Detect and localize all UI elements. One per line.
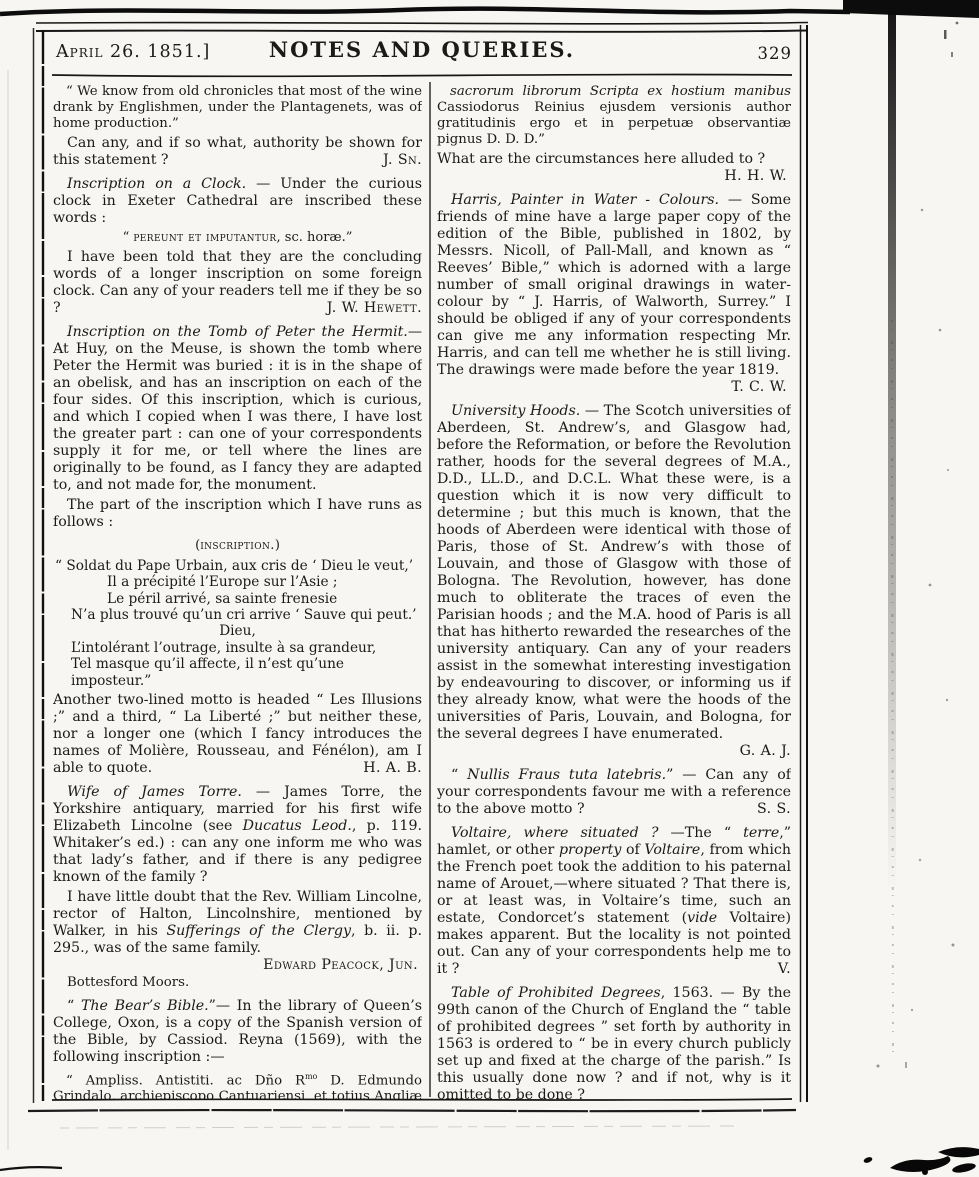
paragraph: I have little doubt that the Rev. Willia… [53,889,422,957]
signature: J. W. Hewett. [303,300,422,317]
corner-shadow-artifact [843,0,979,18]
page-top-edge-artifact [0,9,850,14]
paragraph: I have been told that they are the concl… [53,249,422,317]
paragraph: Inscription on the Tomb of Peter the Her… [53,324,422,494]
binding-shadow-artifact [888,12,896,892]
paragraph: Inscription on a Clock. — Under the curi… [53,176,422,227]
paragraph: University Hoods. — The Scotch universit… [437,403,791,760]
signature-line: H. H. W. [437,168,791,185]
paragraph: Can any, and if so what, authority be sh… [53,135,422,169]
verse-line: Le péril arrivé, sa sainte frenesie [53,591,422,607]
address-line: Bottesford Moors. [53,974,422,991]
paragraph: “ Nullis Fraus tuta latebris.” — Can any… [437,767,791,818]
paragraph: What are the circumstances here alluded … [437,151,791,168]
bottom-rule-2 [28,1110,796,1111]
verse-line: N’a plus trouvé qu’un cri arrive ‘ Sauve… [53,607,422,623]
paragraph: Wife of James Torre. — James Torre, the … [53,784,422,886]
signature: G. A. J. [716,743,791,760]
centered-inscription: “ pereunt et imputantur, sc. horæ.” [53,230,422,247]
page-bottom-edge-artifact [0,1167,62,1170]
signature: V. [754,961,791,978]
signature: H. A. B. [353,760,422,777]
verse-line: Il a précipité l’Europe sur l’Asie ; [53,574,422,590]
verse-line: Dieu, [53,623,422,639]
scanned-page: April 26. 1851.] NOTES AND QUERIES. 329 … [0,0,979,1177]
paragraph: Harris, Painter in Water - Colours. — So… [437,192,791,379]
binding-shadow-dots [892,320,893,1060]
header-rule [52,74,792,76]
centered-inscription: (inscription.) [53,538,422,555]
verse-line: L’intolérant l’outrage, insulte à sa gra… [53,640,422,656]
page-number: 329 [712,44,792,63]
signature: S. S. [733,801,791,818]
quoted-passage: “ We know from old chronicles that most … [53,84,422,132]
paragraph: The part of the inscription which I have… [53,497,422,531]
right-column: sacrorum librorum Scripta ex hostium man… [437,84,791,1100]
scan-speck-artifacts [877,22,959,1068]
paragraph: “ The Bear’s Bible.”— In the library of … [53,998,422,1066]
page-title: NOTES AND QUERIES. [52,37,792,62]
paragraph: Voltaire, where situated ? —The “ terre,… [437,825,791,978]
bottom-smudge-artifact [60,1126,740,1128]
left-column: “ We know from old chronicles that most … [53,84,422,1100]
top-rule-2 [36,31,808,32]
ink-blot-artifact [863,1147,979,1175]
verse-line: Tel masque qu’il affecte, il n’est qu’un… [53,656,422,689]
top-rule [36,23,808,24]
quoted-passage: “ Ampliss. Antistiti. ac Dño Rmo D. Edmu… [53,1069,422,1100]
verse-line: “ Soldat du Pape Urbain, aux cris de ‘ D… [53,558,422,574]
paragraph: Another two-lined motto is headed “ Les … [53,692,422,777]
signature: J. Sn. [359,152,422,169]
paragraph: Table of Prohibited Degrees, 1563. — By … [437,985,791,1100]
quoted-passage: sacrorum librorum Scripta ex hostium man… [437,84,791,148]
signature-line: T. C. W. [437,379,791,396]
signature-line: Edward Peacock, Jun. [53,957,422,974]
